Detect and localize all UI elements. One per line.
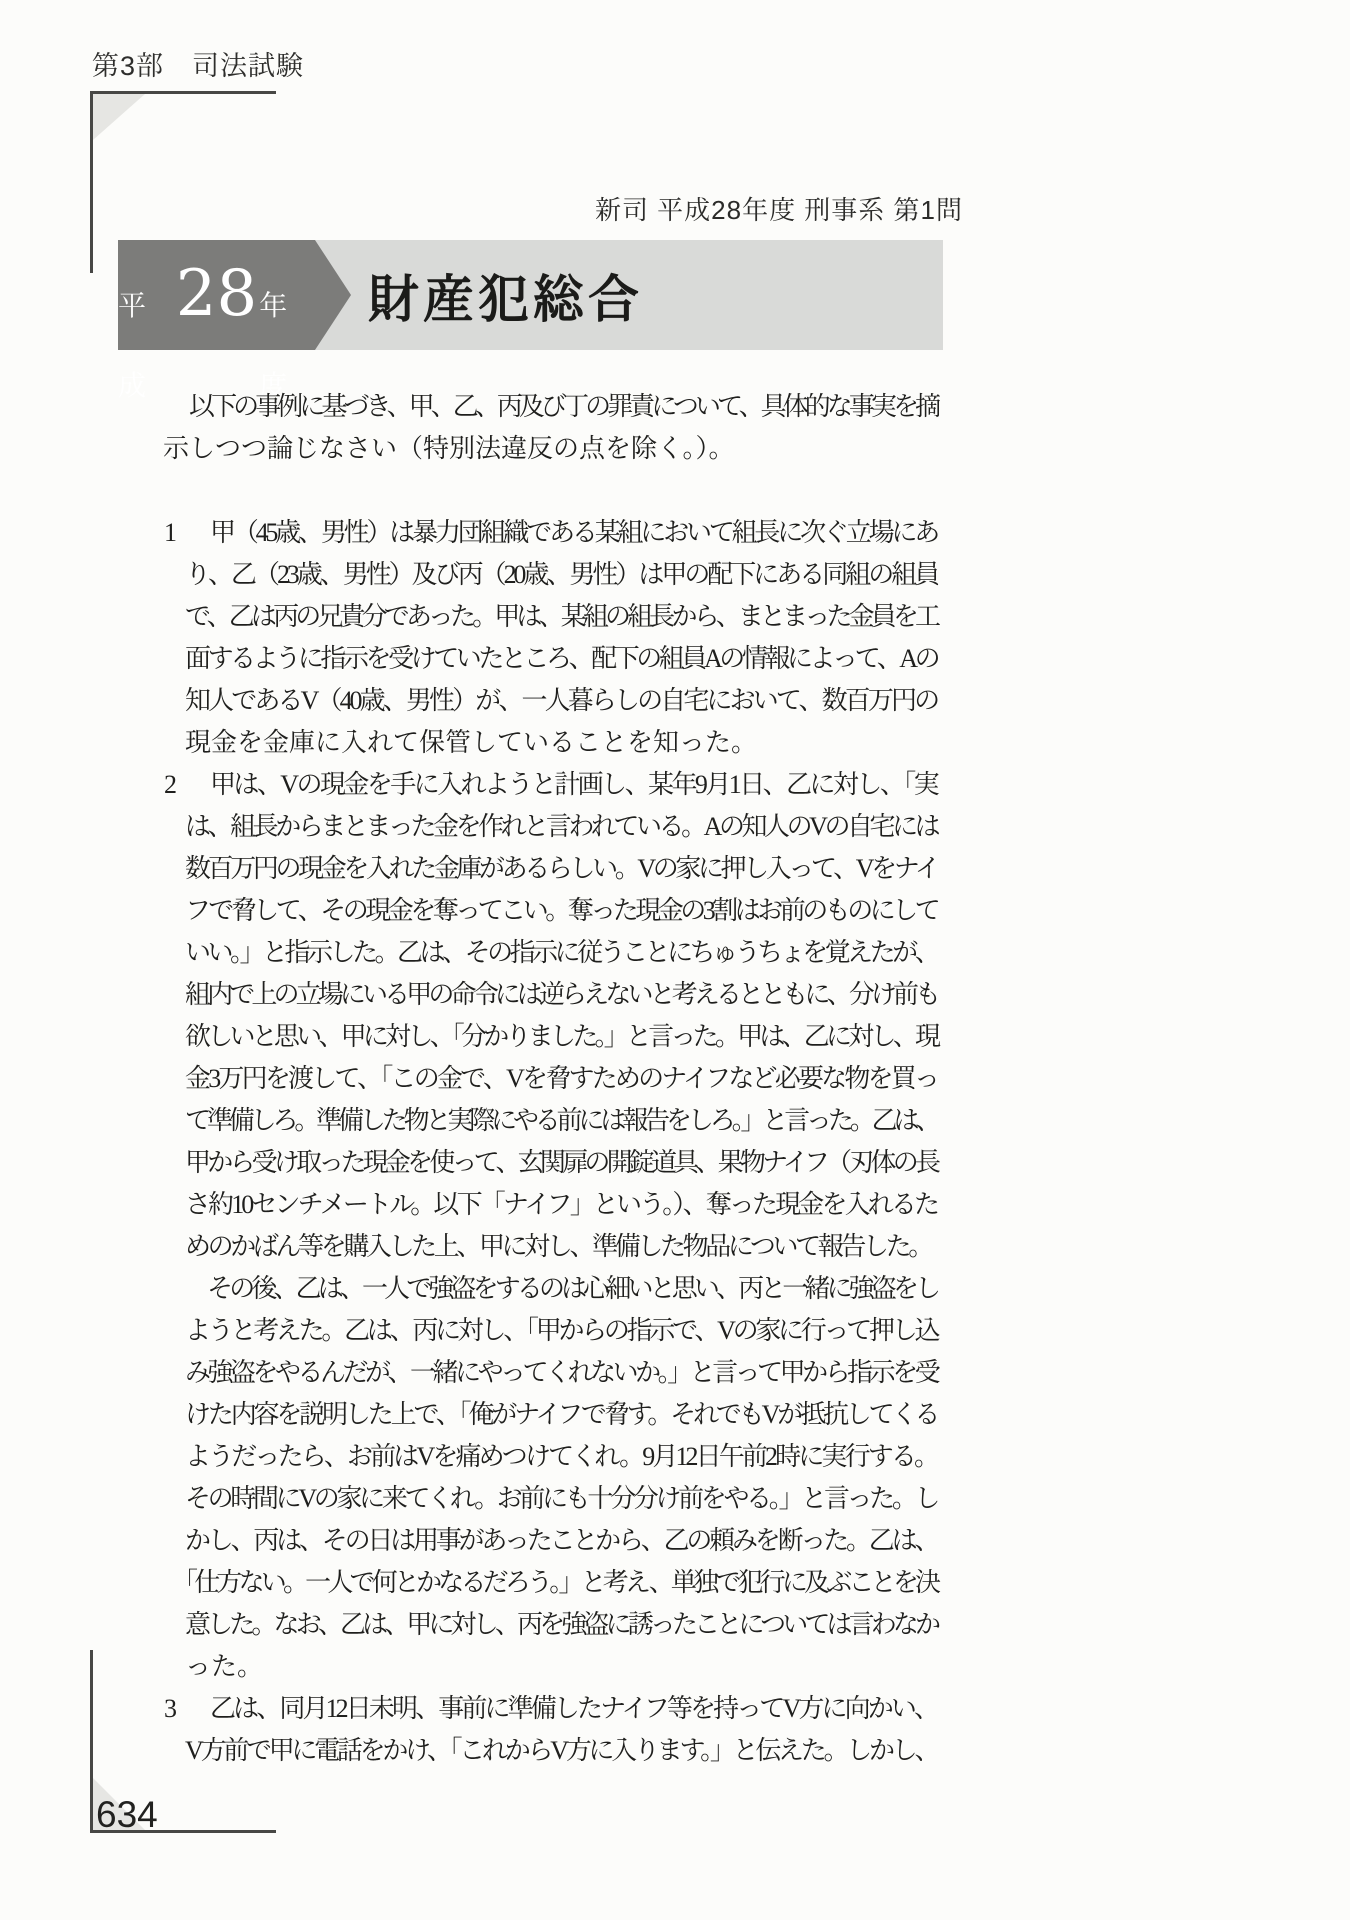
text-line: 意した。なお、乙は、甲に対し、丙を強盗に誘ったことについては言わなか: [185, 1604, 937, 1646]
list-item: 2甲は、Vの現金を手に入れようと計画し、某年9月1日、乙に対し、「実は、組長から…: [185, 764, 937, 1688]
text-line: その時間にVの家に来てくれ。お前にも十分分け前をやる。」と言った。し: [185, 1478, 937, 1520]
problem-text: 以下の事例に基づき、甲、乙、丙及び丁の罪責について、具体的な事実を摘示しつつ論じ…: [0, 386, 1350, 1772]
text-line: ようだったら、お前はVを痛めつけてくれ。9月12日午前2時に実行する。: [185, 1436, 937, 1478]
text-line: った。: [185, 1646, 937, 1688]
text-line: 2甲は、Vの現金を手に入れようと計画し、某年9月1日、乙に対し、「実: [185, 764, 937, 806]
text-line: 以下の事例に基づき、甲、乙、丙及び丁の罪責について、具体的な事実を摘: [163, 386, 937, 428]
list-item: 3乙は、同月12日未明、事前に準備したナイフ等を持ってV方に向かい、V方前で甲に…: [185, 1688, 937, 1772]
text-line: 知人であるV（40歳、男性）が、一人暮らしの自宅において、数百万円の: [185, 680, 937, 722]
text-line: けた内容を説明した上で、「俺がナイフで脅す。それでもVが抵抗してくる: [185, 1394, 937, 1436]
era-year: 28: [176, 254, 257, 334]
text-line: 3乙は、同月12日未明、事前に準備したナイフ等を持ってV方に向かい、: [185, 1688, 937, 1730]
text-line: いい。」と指示した。乙は、その指示に従うことにちゅうちょを覚えたが、: [185, 932, 937, 974]
text-line: 組内で上の立場にいる甲の命令には逆らえないと考えるとともに、分け前も: [185, 974, 937, 1016]
text-line: その後、乙は、一人で強盗をするのは心細いと思い、丙と一緒に強盗をし: [185, 1268, 937, 1310]
text-line: 現金を金庫に入れて保管していることを知った。: [185, 722, 937, 764]
exam-reference-label: 新司 平成28年度 刑事系 第1問: [595, 190, 963, 227]
text-line: り、乙（23歳、男性）及び丙（20歳、男性）は甲の配下にある同組の組員: [185, 554, 937, 596]
text-line: 示しつつ論じなさい（特別法違反の点を除く。）。: [163, 428, 937, 470]
page-number: 634: [96, 1794, 158, 1836]
text-line: で、乙は丙の兄貴分であった。甲は、某組の組長から、まとまった金員を工: [185, 596, 937, 638]
text-line: 数百万円の現金を入れた金庫があるらしい。Vの家に押し入って、Vをナイ: [185, 848, 937, 890]
list-number: 1: [164, 512, 174, 554]
text-line: は、組長からまとまった金を作れと言われている。Aの知人のVの自宅には: [185, 806, 937, 848]
text-line: さ約10センチメートル。以下「ナイフ」という。）、奪った現金を入れるた: [185, 1184, 937, 1226]
list-item: 1甲（45歳、男性）は暴力団組織である某組において組長に次ぐ立場にあり、乙（23…: [185, 512, 937, 764]
list-number: 2: [164, 764, 174, 806]
page-title: 財産犯総合: [368, 258, 643, 332]
list-number: 3: [164, 1688, 174, 1730]
text-line: フで脅して、その現金を奪ってこい。奪った現金の3割はお前のものにして: [185, 890, 937, 932]
text-line: 1甲（45歳、男性）は暴力団組織である某組において組長に次ぐ立場にあ: [185, 512, 937, 554]
text-line: 金3万円を渡して、「この金で、Vを脅すためのナイフなど必要な物を買っ: [185, 1058, 937, 1100]
text-line: み強盗をやるんだが、一緒にやってくれないか。」と言って甲から指示を受: [185, 1352, 937, 1394]
title-banner: 平成 28 年度 財産犯総合: [118, 240, 943, 350]
text-line: 甲から受け取った現金を使って、玄関扉の開錠道具、果物ナイフ（刃体の長: [185, 1142, 937, 1184]
text-line: 「仕方ない。一人で何とかなるだろう。」と考え、単独で犯行に及ぶことを決: [185, 1562, 937, 1604]
chapter-header: 第3部 司法試験: [92, 44, 304, 83]
bottom-rule-vertical: [90, 1650, 93, 1833]
text-line: V方前で甲に電話をかけ、「これからV方に入ります。」と伝えた。しかし、: [185, 1730, 937, 1772]
year-tag: 平成 28 年度: [118, 240, 315, 350]
intro-paragraph: 以下の事例に基づき、甲、乙、丙及び丁の罪責について、具体的な事実を摘示しつつ論じ…: [163, 386, 937, 470]
text-line: て準備しろ。準備した物と実際にやる前には報告をしろ。」と言った。乙は、: [185, 1100, 937, 1142]
text-line: かし、丙は、その日は用事があったことから、乙の頼みを断った。乙は、: [185, 1520, 937, 1562]
top-corner-fold-triangle: [93, 94, 145, 140]
text-line: めのかばん等を購入した上、甲に対し、準備した物品について報告した。: [185, 1226, 937, 1268]
text-line: 欲しいと思い、甲に対し、「分かりました。」と言った。甲は、乙に対し、現: [185, 1016, 937, 1058]
text-line: 面するように指示を受けていたところ、配下の組員Aの情報によって、Aの: [185, 638, 937, 680]
text-line: ようと考えた。乙は、丙に対し、「甲からの指示で、Vの家に行って押し込: [185, 1310, 937, 1352]
year-tag-arrow: [315, 240, 351, 350]
